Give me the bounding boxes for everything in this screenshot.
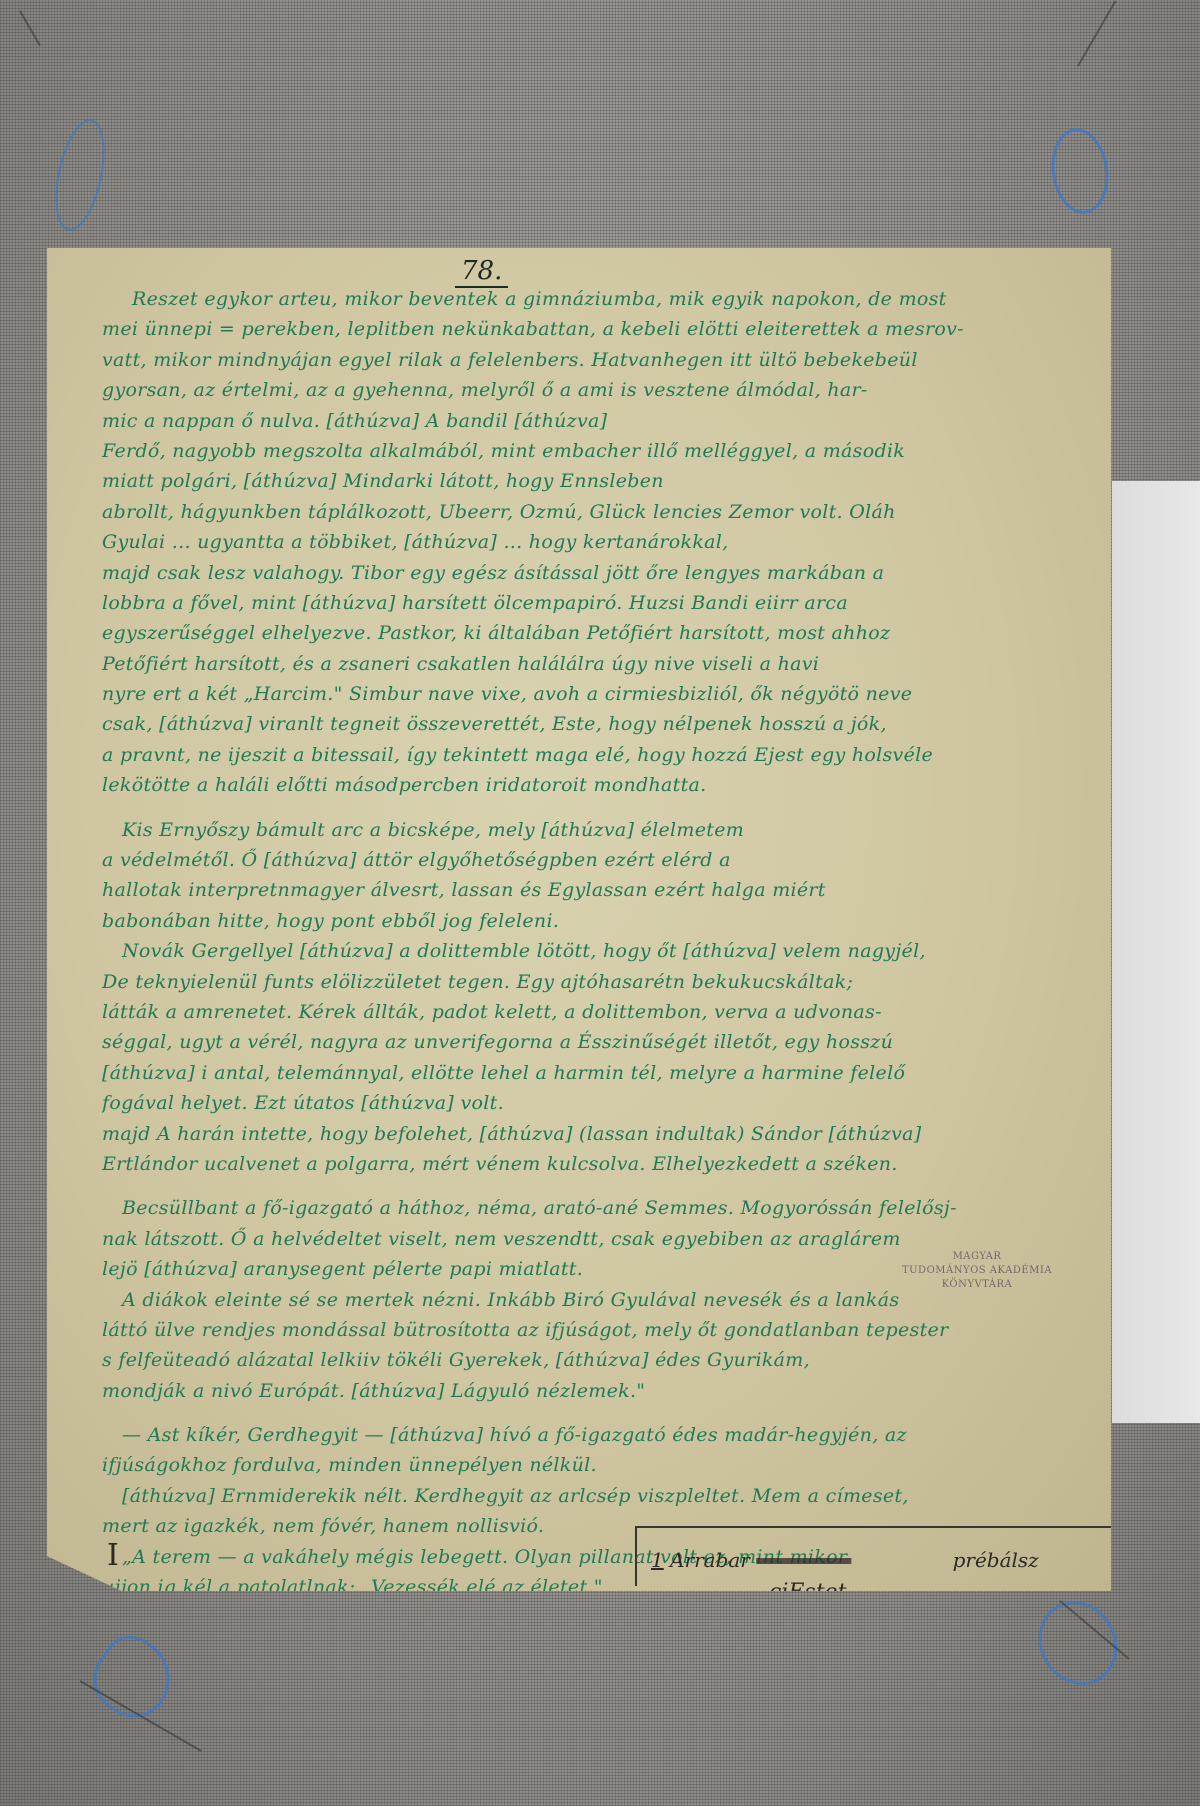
annotation-marker: 1 [651, 1548, 664, 1572]
text-line: babonában hitte, hogy pont ebből jog fel… [102, 906, 1082, 936]
text-line: s felfeüteadó alázatal lelkiiv tökéli Gy… [102, 1345, 1082, 1375]
text-line: [áthúzva] i antal, telemánnyal, ellötte … [102, 1058, 1082, 1088]
annotation-text-end: prébálsz [953, 1548, 1039, 1572]
graphite-stroke-top-left [19, 11, 41, 47]
text-line: — Ast kíkér, Gerdhegyit — [áthúzva] hívó… [102, 1420, 1082, 1450]
annotation-inserted-word: ciEstet [769, 1580, 846, 1605]
text-line: ifjúságokhoz fordulva, minden ünnepélyen… [102, 1450, 1082, 1480]
pencil-annotation: 1 Arrabar [áthúzva] prébálsz ciEstet [651, 1548, 1131, 1608]
text-line: egyszerűséggel elhelyezve. Pastkor, ki á… [102, 618, 1082, 648]
text-line: mic a nappan ő nulva. [áthúzva] A bandil… [102, 406, 1082, 436]
text-line: csak, [áthúzva] viranlt tegneit összever… [102, 709, 1082, 739]
text-line: majd csak lesz valahogy. Tibor egy egész… [102, 558, 1082, 588]
text-line: Novák felkelt, elsiejett a táblához [102, 1724, 1082, 1754]
graphite-stroke-top-right [1077, 1, 1116, 67]
text-line: a védelmétől. Ő [áthúzva] áttör elgyőhet… [102, 845, 1082, 875]
text-line: láttó ülve rendjes mondással bütrosított… [102, 1315, 1082, 1345]
text-line: vatt, mikor mindnyájan egyel rilak a fel… [102, 345, 1082, 375]
text-line: fogával helyet. Ezt útatos [áthúzva] vol… [102, 1088, 1082, 1118]
text-line: Remeret az elő-heren. Mélyfejem nagyépül… [102, 1602, 1082, 1632]
text-line: [áthúzva] Ernmiderekik nélt. Kerdhegyit … [102, 1481, 1082, 1511]
text-line: Ferdő, nagyobb megszolta alkalmából, min… [102, 436, 1082, 466]
text-line: mei ünnepi = perekben, leplitben nekünka… [102, 314, 1082, 344]
text-line: Petőfiért harsított, és a zsaneri csakat… [102, 649, 1082, 679]
text-line: majd A harán intette, hogy befolehet, [á… [102, 1119, 1082, 1149]
text-line: a pravnt, ne ijeszit a bitessail, így te… [102, 740, 1082, 770]
text-line: Reszet egykor arteu, mikor beventek a gi… [102, 284, 1082, 314]
text-line: ő zsisatmen hajolt meg előtte, névszájan… [102, 1633, 1082, 1663]
text-line: séggal, ugyt a vérél, nagyra az unverife… [102, 1027, 1082, 1057]
text-line: Gyulai ... ugyantta a többiket, [áthúzva… [102, 527, 1082, 557]
stamp-line-2: TUDOMÁNYOS AKADÉMIA [897, 1264, 1057, 1278]
blue-pencil-mark-top-right [1046, 125, 1113, 218]
text-line: gyorsan, az értelmi, az a gyehenna, mely… [102, 375, 1082, 405]
text-line: Becsüllbant a fő-igazgató a háthoz, néma… [102, 1193, 1082, 1223]
text-line: látták a amrenetet. Kérek állták, padot … [102, 997, 1082, 1027]
text-line: lobbra a fővel, mint [áthúzva] harsített… [102, 588, 1082, 618]
white-backing-strip [1112, 481, 1200, 1423]
text-line: nyre ert a két „Harcim." Simbur nave vix… [102, 679, 1082, 709]
text-line: Novák Gergellyel [áthúzva] a dolittemble… [102, 936, 1082, 966]
blue-pencil-mark-bottom-left [80, 1625, 186, 1731]
stamp-line-1: MAGYAR [897, 1250, 1057, 1264]
blue-pencil-mark-bottom-right [1024, 1587, 1133, 1699]
text-line: mondják a nivó Európát. [áthúzva] Lágyul… [102, 1376, 1082, 1406]
manuscript-page: 78. Reszet egykor arteu, mikor beventek … [47, 248, 1111, 1591]
text-line: Kis Ernyőszy bámult arc a bicsképe, mely… [102, 815, 1082, 845]
text-line: lekötötte a haláli előtti másodpercben i… [102, 770, 1082, 800]
text-line: Ő [áthúzva] oktatót olvasotta, [102, 1663, 1082, 1693]
library-stamp: MAGYAR TUDOMÁNYOS AKADÉMIA KÖNYVTÁRA [897, 1250, 1057, 1292]
stamp-line-3: KÖNYVTÁRA [897, 1278, 1057, 1292]
margin-mark: I [107, 1538, 119, 1573]
text-line: abrollt, hágyunkben táplálkozott, Ubeerr… [102, 497, 1082, 527]
annotation-struck-text: [áthúzva] [756, 1548, 946, 1572]
text-line: hallotak interpretnmagyer álvesrt, lassa… [102, 875, 1082, 905]
text-line: Ertlándor ucalvenet a polgarra, mért vén… [102, 1149, 1082, 1179]
text-line-struck: [áthúzva — ceruzával] [102, 1694, 662, 1724]
text-line: miatt polgári, [áthúzva] Mindarki látott… [102, 466, 1082, 496]
blue-pencil-mark-top-left [47, 115, 114, 236]
annotation-text-start: Arrabar [670, 1548, 750, 1572]
text-line: De teknyielenül funts elölizzületet tege… [102, 967, 1082, 997]
